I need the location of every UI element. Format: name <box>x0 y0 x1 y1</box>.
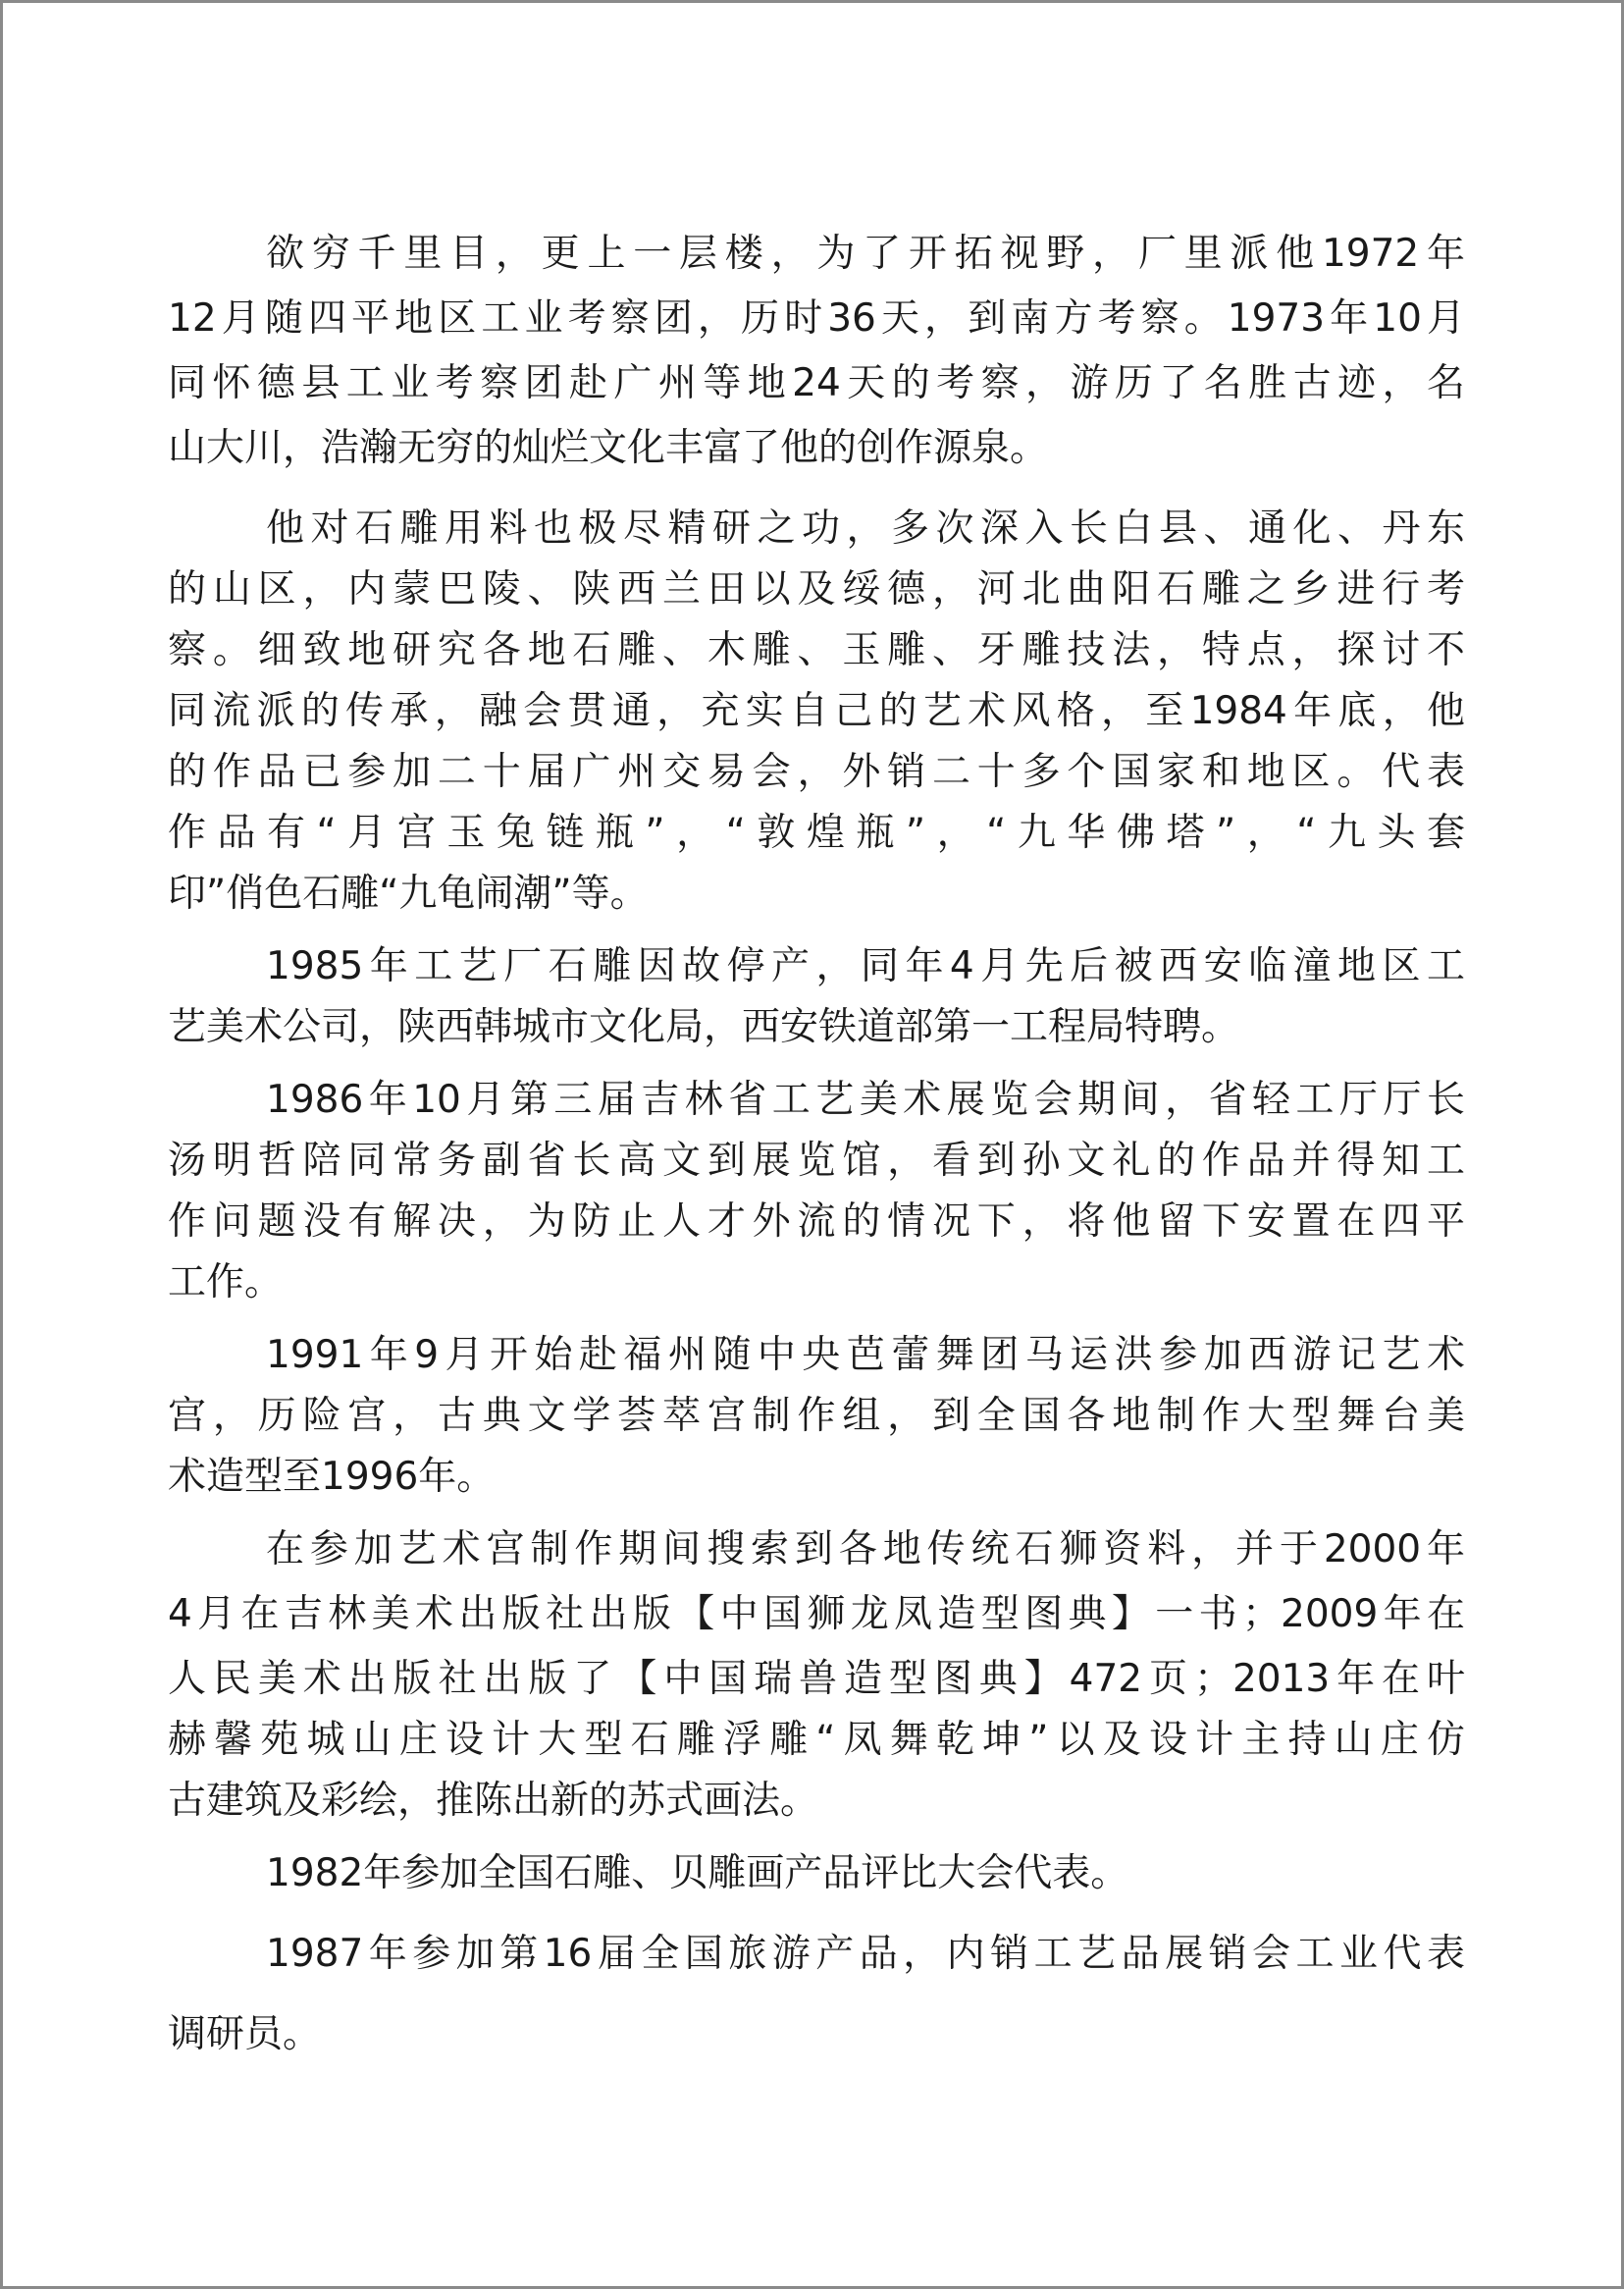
text-line: 1987年参加第16届全国旅游产品，内销工艺品展销会工业代表 <box>168 1924 1465 1985</box>
text-line: 12月随四平地区工业考察团，历时36天，到南方考察。1973年10月 <box>168 289 1465 349</box>
paragraph-4: 1986年10月第三届吉林省工艺美术展览会期间，省轻工厅厅长 汤明哲陪同常务副省… <box>168 1070 1465 1313</box>
text-line: 山大川，浩瀚无穷的灿烂文化丰富了他的创作源泉。 <box>168 418 1465 479</box>
paragraph-2: 他对石雕用料也极尽精研之功，多次深入长白县、通化、丹东 的山区，内蒙巴陵、陕西兰… <box>168 499 1465 925</box>
text-line: 印”俏色石雕“九龟闹潮”等。 <box>168 864 1465 925</box>
text-line: 1986年10月第三届吉林省工艺美术展览会期间，省轻工厅厅长 <box>168 1070 1465 1131</box>
paragraph-5: 1991年9月开始赴福州随中央芭蕾舞团马运洪参加西游记艺术 宫，历险宫，古典文学… <box>168 1325 1465 1508</box>
text-line: 作问题没有解决，为防止人才外流的情况下，将他留下安置在四平 <box>168 1192 1465 1252</box>
text-line: 1985年工艺厂石雕因故停产，同年4月先后被西安临潼地区工 <box>168 936 1465 997</box>
text-line: 察。细致地研究各地石雕、木雕、玉雕、牙雕技法，特点，探讨不 <box>168 620 1465 681</box>
text-line: 同怀德县工业考察团赴广州等地24天的考察，游历了名胜古迹，名 <box>168 353 1465 414</box>
text-line: 宫，历险宫，古典文学荟萃宫制作组，到全国各地制作大型舞台美 <box>168 1386 1465 1447</box>
text-line: 人民美术出版社出版了【中国瑞兽造型图典】472页；2013年在叶 <box>168 1649 1465 1710</box>
paragraph-3: 1985年工艺厂石雕因故停产，同年4月先后被西安临潼地区工 艺美术公司，陕西韩城… <box>168 936 1465 1058</box>
document-page: 欲穷千里目，更上一层楼，为了开拓视野，厂里派他1972年 12月随四平地区工业考… <box>0 0 1624 2289</box>
text-line: 在参加艺术宫制作期间搜索到各地传统石狮资料，并于2000年 <box>168 1519 1465 1580</box>
text-line: 欲穷千里目，更上一层楼，为了开拓视野，厂里派他1972年 <box>168 224 1465 285</box>
text-line: 的山区，内蒙巴陵、陕西兰田以及绥德，河北曲阳石雕之乡进行考 <box>168 559 1465 620</box>
text-line: 1991年9月开始赴福州随中央芭蕾舞团马运洪参加西游记艺术 <box>168 1325 1465 1386</box>
text-line: 古建筑及彩绘，推陈出新的苏式画法。 <box>168 1771 1465 1832</box>
paragraph-7: 1982年参加全国石雕、贝雕画产品评比大会代表。 <box>168 1843 1465 1904</box>
text-line: 术造型至1996年。 <box>168 1447 1465 1508</box>
text-line: 工作。 <box>168 1252 1465 1313</box>
text-line: 调研员。 <box>168 2004 1465 2065</box>
paragraph-8: 1987年参加第16届全国旅游产品，内销工艺品展销会工业代表 调研员。 <box>168 1924 1465 2065</box>
text-line: 的作品已参加二十届广州交易会，外销二十多个国家和地区。代表 <box>168 742 1465 803</box>
text-line: 他对石雕用料也极尽精研之功，多次深入长白县、通化、丹东 <box>168 499 1465 559</box>
text-line: 4月在吉林美术出版社出版【中国狮龙凤造型图典】一书；2009年在 <box>168 1584 1465 1645</box>
text-line: 汤明哲陪同常务副省长高文到展览馆，看到孙文礼的作品并得知工 <box>168 1131 1465 1192</box>
paragraph-6: 在参加艺术宫制作期间搜索到各地传统石狮资料，并于2000年 4月在吉林美术出版社… <box>168 1519 1465 1832</box>
text-line: 作品有“月宫玉兔链瓶”，“敦煌瓶”，“九华佛塔”，“九头套 <box>168 803 1465 864</box>
document-body: 欲穷千里目，更上一层楼，为了开拓视野，厂里派他1972年 12月随四平地区工业考… <box>168 224 1465 2065</box>
text-line: 1982年参加全国石雕、贝雕画产品评比大会代表。 <box>168 1843 1465 1904</box>
text-line: 艺美术公司，陕西韩城市文化局，西安铁道部第一工程局特聘。 <box>168 997 1465 1058</box>
text-line: 赫馨苑城山庄设计大型石雕浮雕“凤舞乾坤”以及设计主持山庄仿 <box>168 1710 1465 1771</box>
text-line: 同流派的传承，融会贯通，充实自己的艺术风格，至1984年底，他 <box>168 681 1465 742</box>
paragraph-1: 欲穷千里目，更上一层楼，为了开拓视野，厂里派他1972年 12月随四平地区工业考… <box>168 224 1465 479</box>
